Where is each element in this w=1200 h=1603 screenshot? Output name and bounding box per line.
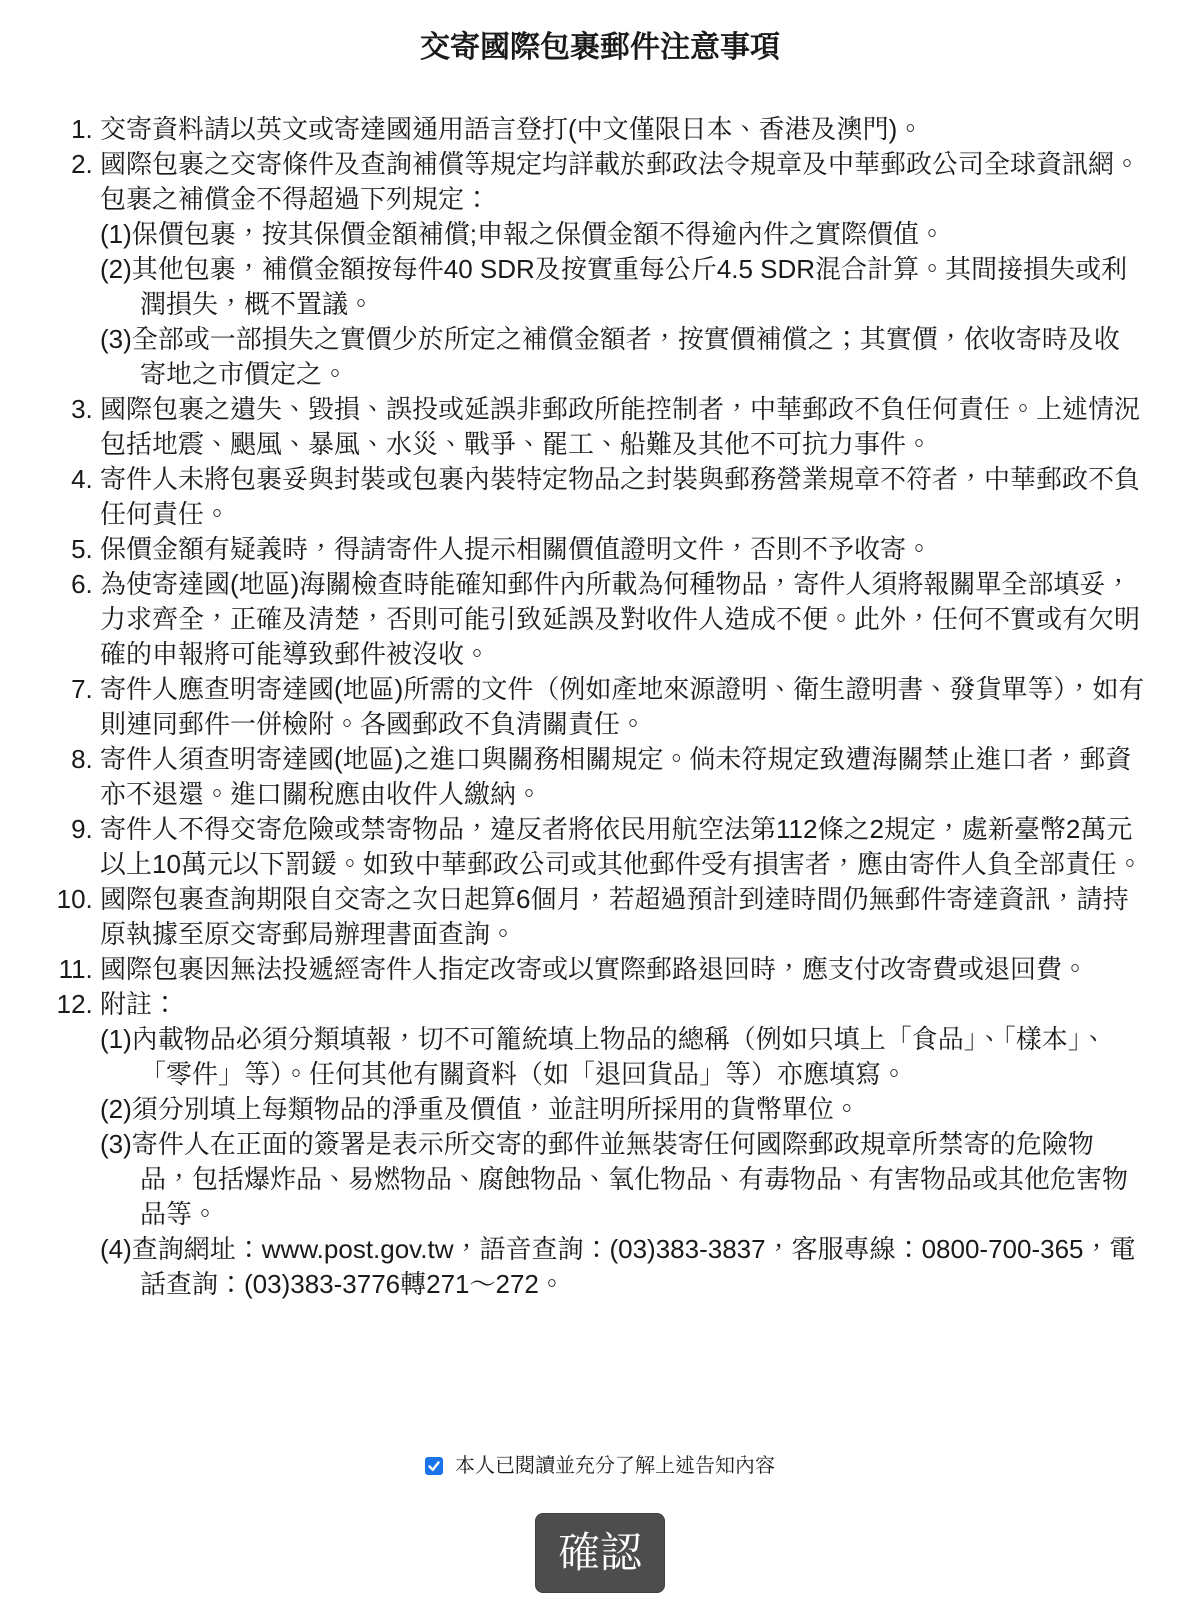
notice-item-12-sub-4: (4)查詢網址：www.post.gov.tw，語音查詢：(03)383-383… (100, 1232, 1145, 1302)
notice-item-10: 國際包裹查詢期限自交寄之次日起算6個月，若超過預計到達時間仍無郵件寄達資訊，請持… (100, 882, 1145, 952)
page-title: 交寄國際包裹郵件注意事項 (0, 33, 1200, 63)
notice-item-1-text: 交寄資料請以英文或寄達國通用語言登打(中文僅限日本、香港及澳門)。 (100, 114, 923, 144)
checkmark-icon (427, 1459, 441, 1473)
notice-item-11-text: 國際包裹因無法投遞經寄件人指定改寄或以實際郵路退回時，應支付改寄費或退回費。 (100, 954, 1088, 984)
notice-item-5: 保價金額有疑義時，得請寄件人提示相關價值證明文件，否則不予收寄。 (100, 532, 1145, 567)
notice-item-9-text: 寄件人不得交寄危險或禁寄物品，違反者將依民用航空法第112條之2規定，處新臺幣2… (100, 814, 1143, 879)
notice-item-11: 國際包裹因無法投遞經寄件人指定改寄或以實際郵路退回時，應支付改寄費或退回費。 (100, 952, 1145, 987)
agreement-row[interactable]: 本人已閱讀並充分了解上述告知內容 (0, 1454, 1200, 1478)
notice-item-3: 國際包裹之遺失、毀損、誤投或延誤非郵政所能控制者，中華郵政不負任何責任。上述情況… (100, 392, 1145, 462)
notice-item-3-text: 國際包裹之遺失、毀損、誤投或延誤非郵政所能控制者，中華郵政不負任何責任。上述情況… (100, 394, 1140, 459)
notice-list: 交寄資料請以英文或寄達國通用語言登打(中文僅限日本、香港及澳門)。 國際包裹之交… (0, 112, 1145, 1302)
notice-item-12: 附註： (1)內載物品必須分類填報，切不可籠統填上物品的總稱（例如只填上「食品」… (100, 987, 1145, 1302)
notice-item-7: 寄件人應查明寄達國(地區)所需的文件（例如產地來源證明、衛生證明書、發貨單等），… (100, 672, 1145, 742)
notice-item-2-sub-2: (2)其他包裹，補償金額按每件40 SDR及按實重每公斤4.5 SDR混合計算。… (100, 252, 1145, 322)
notice-item-6: 為使寄達國(地區)海關檢查時能確知郵件內所載為何種物品，寄件人須將報關單全部填妥… (100, 567, 1145, 672)
agreement-label: 本人已閱讀並充分了解上述告知內容 (455, 1454, 775, 1478)
notice-item-12-sub-3: (3)寄件人在正面的簽署是表示所交寄的郵件並無裝寄任何國際郵政規章所禁寄的危險物… (100, 1127, 1145, 1232)
notice-item-9: 寄件人不得交寄危險或禁寄物品，違反者將依民用航空法第112條之2規定，處新臺幣2… (100, 812, 1145, 882)
notice-item-12-text: 附註： (100, 989, 178, 1019)
notice-item-4: 寄件人未將包裹妥與封裝或包裹內裝特定物品之封裝與郵務營業規章不符者，中華郵政不負… (100, 462, 1145, 532)
notice-item-5-text: 保價金額有疑義時，得請寄件人提示相關價值證明文件，否則不予收寄。 (100, 534, 932, 564)
notice-item-10-text: 國際包裹查詢期限自交寄之次日起算6個月，若超過預計到達時間仍無郵件寄達資訊，請持… (100, 884, 1128, 949)
notice-item-2-sub-1: (1)保價包裹，按其保價金額補償;申報之保價金額不得逾內件之實際價值。 (100, 217, 1145, 252)
notice-item-6-text: 為使寄達國(地區)海關檢查時能確知郵件內所載為何種物品，寄件人須將報關單全部填妥… (100, 569, 1140, 669)
agreement-checkbox[interactable] (425, 1457, 443, 1475)
notice-item-4-text: 寄件人未將包裹妥與封裝或包裹內裝特定物品之封裝與郵務營業規章不符者，中華郵政不負… (100, 464, 1140, 529)
notice-item-12-sub-1: (1)內載物品必須分類填報，切不可籠統填上物品的總稱（例如只填上「食品」、「樣本… (100, 1022, 1145, 1092)
notice-item-2-text: 國際包裹之交寄條件及查詢補償等規定均詳載於郵政法令規章及中華郵政公司全球資訊網。… (100, 149, 1140, 214)
notice-item-8-text: 寄件人須查明寄達國(地區)之進口與關務相關規定。倘未符規定致遭海關禁止進口者，郵… (100, 744, 1131, 809)
notice-item-7-text: 寄件人應查明寄達國(地區)所需的文件（例如產地來源證明、衛生證明書、發貨單等），… (100, 674, 1144, 739)
notice-item-8: 寄件人須查明寄達國(地區)之進口與關務相關規定。倘未符規定致遭海關禁止進口者，郵… (100, 742, 1145, 812)
notice-item-1: 交寄資料請以英文或寄達國通用語言登打(中文僅限日本、香港及澳門)。 (100, 112, 1145, 147)
notice-item-2-sub-3: (3)全部或一部損失之實價少於所定之補償金額者，按實價補償之；其實價，依收寄時及… (100, 322, 1145, 392)
notice-item-2: 國際包裹之交寄條件及查詢補償等規定均詳載於郵政法令規章及中華郵政公司全球資訊網。… (100, 147, 1145, 392)
confirm-button[interactable]: 確認 (535, 1513, 665, 1593)
notice-item-12-sub-2: (2)須分別填上每類物品的淨重及價值，並註明所採用的貨幣單位。 (100, 1092, 1145, 1127)
